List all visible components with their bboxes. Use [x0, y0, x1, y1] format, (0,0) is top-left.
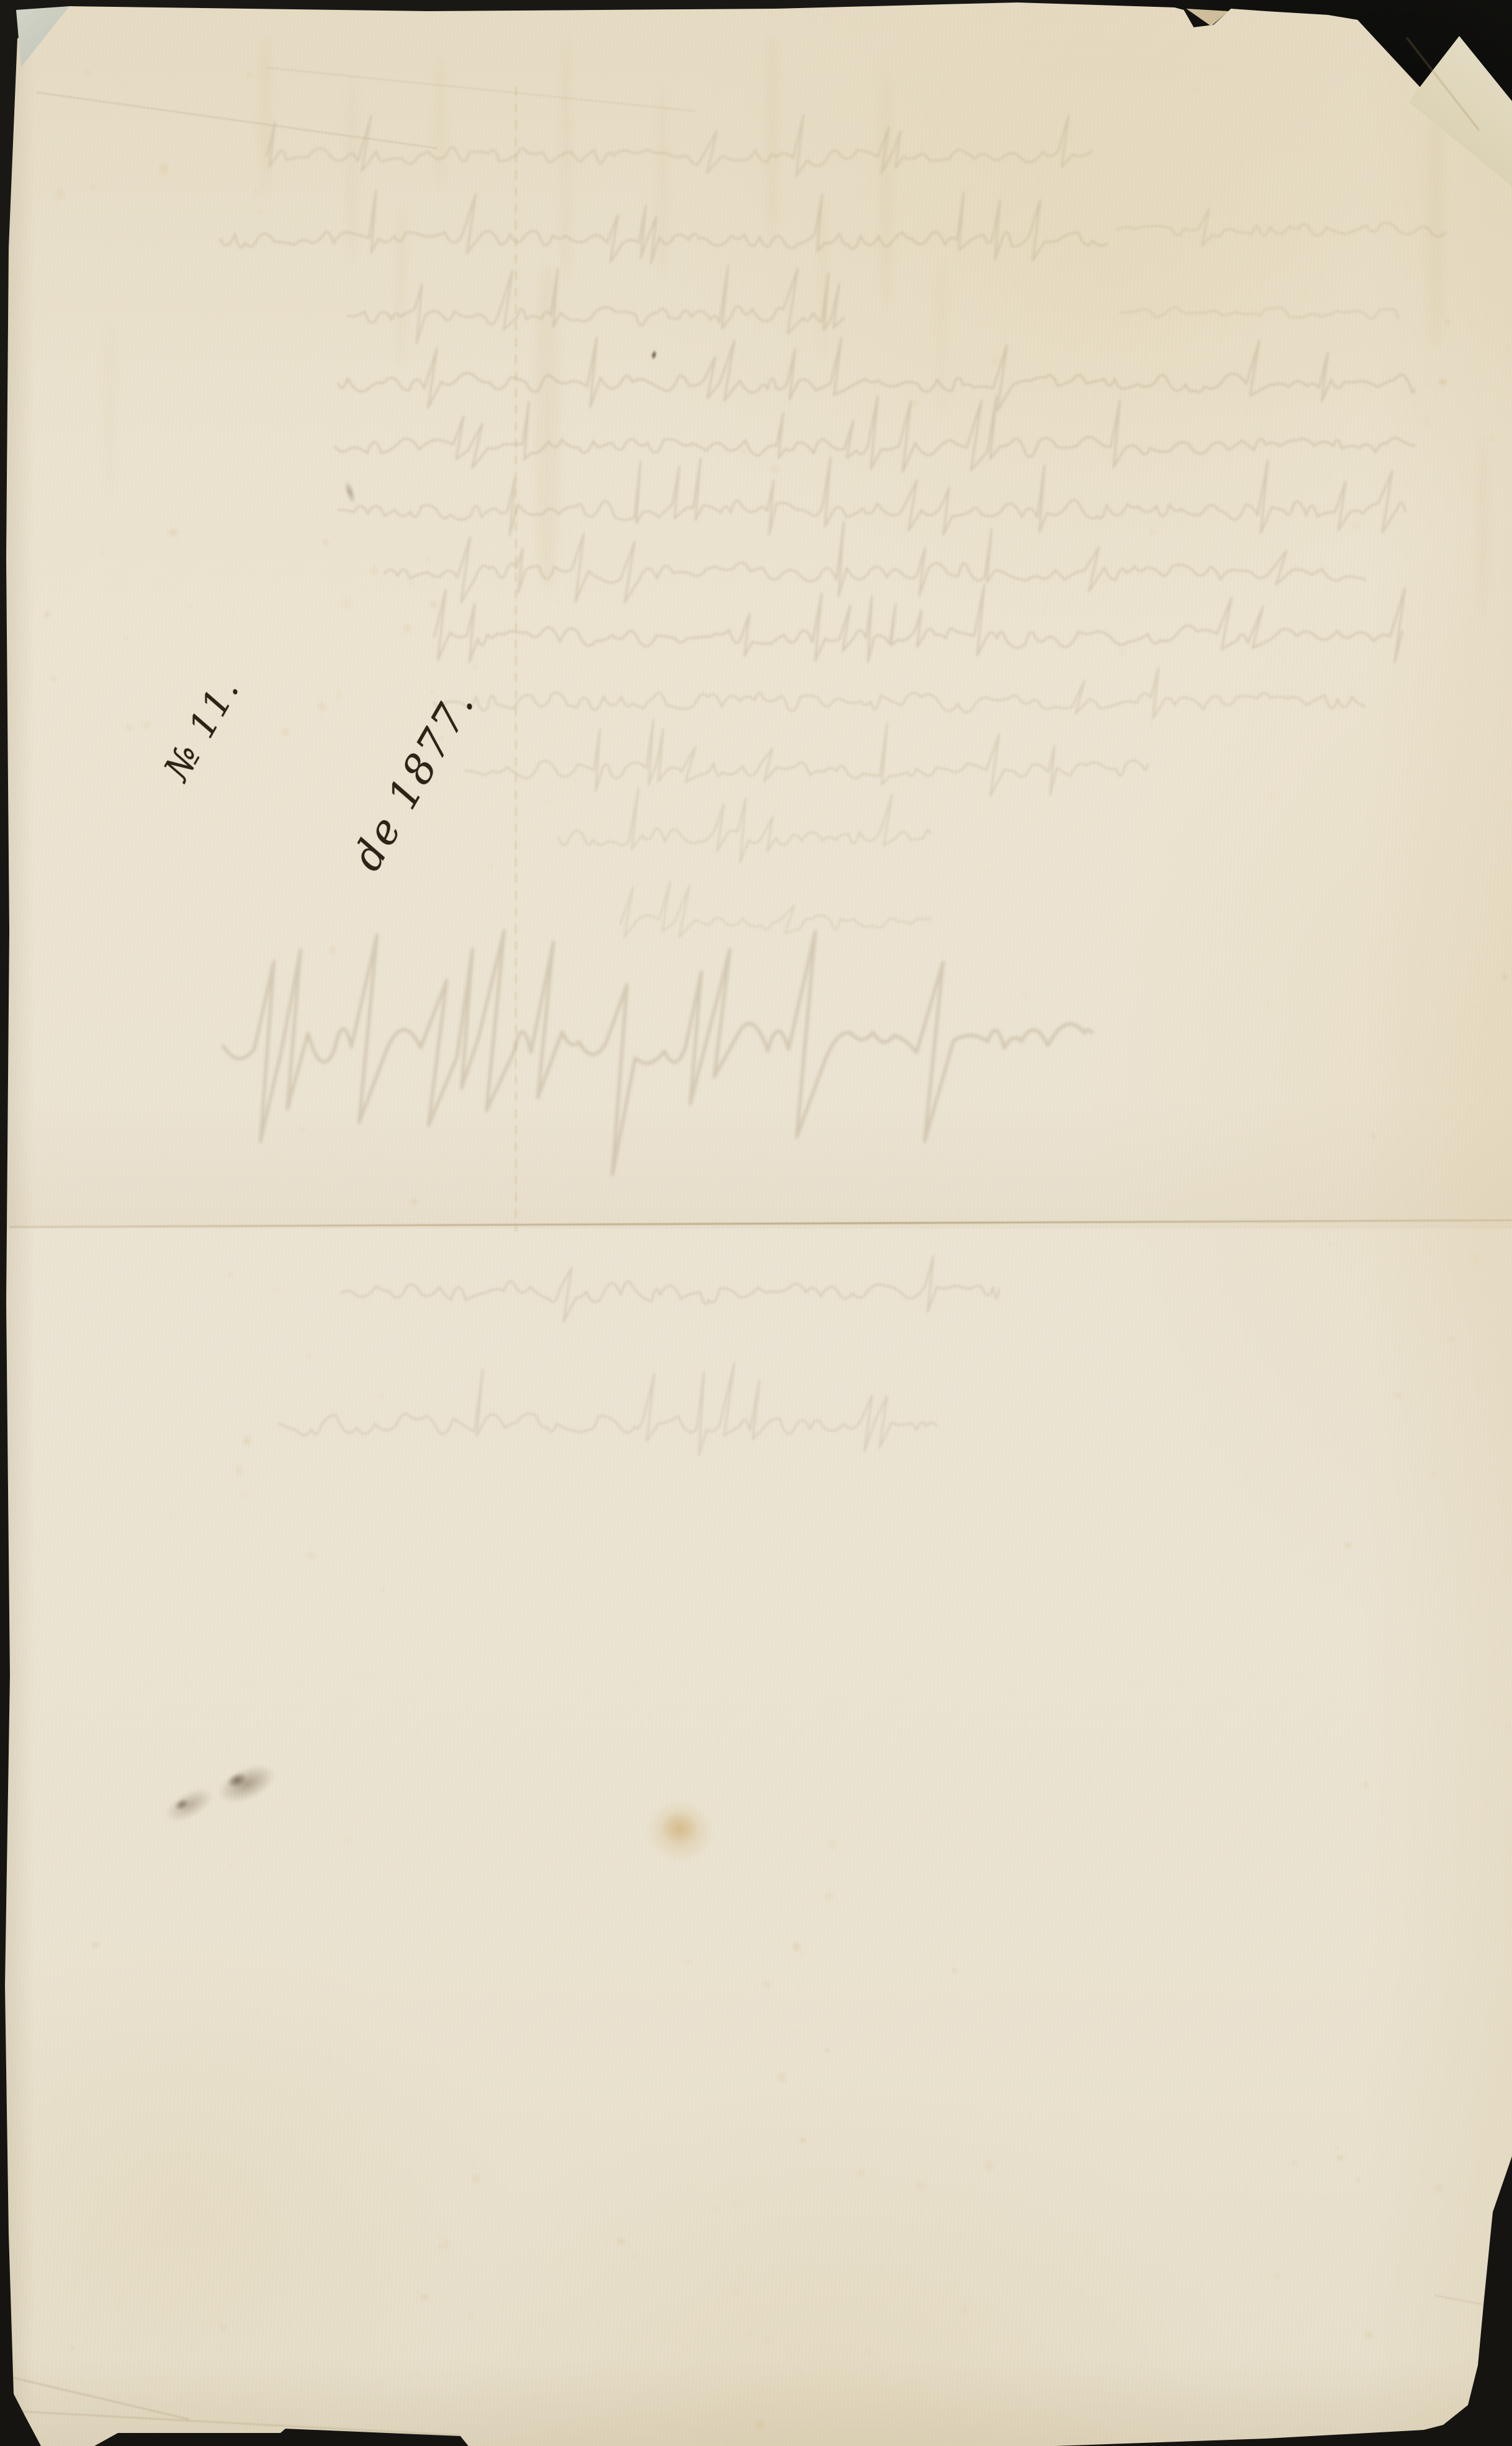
fox-spot	[155, 158, 172, 180]
fox-spot	[122, 86, 127, 89]
fox-spot	[987, 352, 1003, 369]
fox-spot	[759, 2331, 776, 2347]
fox-spot	[826, 1837, 839, 1853]
fox-spot	[273, 1284, 282, 1293]
bleedthrough-line	[1120, 287, 1399, 330]
bleedthrough-line	[465, 733, 1148, 795]
minor-crease	[37, 92, 437, 149]
fox-spot	[437, 734, 446, 741]
fox-spot	[89, 1940, 102, 1950]
ink-offset-streak	[347, 74, 356, 261]
vertical-fold-crease	[515, 87, 517, 1232]
fox-spot	[42, 609, 53, 620]
fox-spot	[1354, 2176, 1362, 2183]
fox-spot	[429, 688, 436, 695]
fox-spot	[1361, 1779, 1371, 1791]
fox-spot	[949, 1966, 960, 1975]
fox-spot	[556, 598, 562, 604]
bleedthrough-line	[279, 1381, 937, 1452]
smudge-core-2	[171, 1794, 193, 1814]
fox-spot	[879, 2278, 882, 2281]
fox-spot	[377, 1391, 388, 1400]
minor-crease	[1434, 2295, 1512, 2311]
fox-spot	[437, 2234, 441, 2239]
fox-spot	[1432, 2181, 1446, 2195]
fox-spot	[958, 2302, 970, 2318]
fox-spot	[1467, 1248, 1484, 1270]
fox-spot	[448, 2365, 450, 2368]
fox-spot	[257, 208, 264, 217]
minor-crease	[267, 67, 695, 112]
fox-spot	[437, 2235, 454, 2255]
fox-spot	[1047, 1783, 1052, 1789]
fox-spot	[405, 580, 417, 588]
fox-spot	[1427, 1469, 1440, 1480]
ink-offset-streak	[819, 199, 826, 360]
fox-spot	[226, 1271, 236, 1279]
fox-spot	[544, 800, 549, 804]
ink-offset-streak	[658, 87, 668, 273]
smudge-core-1	[222, 1768, 251, 1793]
fox-spot	[1116, 646, 1127, 660]
fox-spot	[740, 447, 746, 455]
fox-spot	[712, 2205, 723, 2213]
paper-tone-right-edge	[1363, 0, 1512, 2446]
fox-spot	[1419, 411, 1436, 431]
ink-fleck	[649, 348, 659, 362]
ink-offset-streak	[261, 37, 271, 199]
bleedthrough-line	[341, 1250, 999, 1322]
fox-spot	[1499, 970, 1510, 983]
fox-spot	[87, 182, 99, 192]
fox-spot	[1194, 86, 1201, 94]
archival-year-notation: de 1877.	[342, 681, 484, 878]
fox-spot	[746, 2331, 753, 2337]
fox-spot	[377, 2380, 383, 2387]
fox-spot	[1148, 702, 1160, 712]
ink-offset-streak	[105, 323, 114, 496]
fox-spot	[381, 1587, 386, 1593]
finger-smudge-1	[207, 1752, 287, 1816]
fox-spot	[468, 2171, 484, 2187]
fox-spot	[244, 71, 256, 78]
fox-spot	[1500, 1720, 1512, 1733]
document-scan: № 11. de 1877.	[0, 0, 1512, 2446]
fox-spot	[215, 2321, 230, 2334]
fox-spot	[910, 397, 919, 410]
fox-spot	[1020, 990, 1028, 999]
ink-offset-streak	[535, 267, 560, 589]
fox-spot	[1348, 519, 1365, 534]
fox-spot	[1052, 2165, 1054, 2167]
fox-spot	[798, 2135, 808, 2146]
fox-spot	[1471, 350, 1474, 352]
fox-spot	[368, 563, 381, 579]
fox-spot	[1335, 2147, 1340, 2151]
fox-spot	[165, 526, 182, 539]
fox-spot	[1326, 1241, 1333, 1247]
bleedthrough-line	[267, 124, 1092, 177]
fox-spot	[1442, 315, 1453, 328]
fox-spot	[1274, 2272, 1282, 2280]
fox-spot	[52, 185, 68, 203]
fox-spot	[865, 2347, 873, 2356]
paper-tone-above-fold	[0, 1098, 1512, 1229]
fox-spot	[1362, 2329, 1376, 2342]
fox-spot	[760, 1978, 773, 1991]
fox-spot	[250, 185, 262, 197]
fox-spot	[767, 462, 782, 478]
fox-spot	[630, 2253, 639, 2262]
ink-bleed-spot	[341, 477, 359, 508]
bleedthrough-line	[385, 536, 1365, 598]
horizontal-fold-crease	[10, 1219, 1512, 1228]
fox-spot	[189, 605, 193, 608]
fox-spot	[342, 1834, 356, 1844]
ink-offset-streak	[561, 37, 570, 285]
fox-spot	[168, 1515, 173, 1519]
paper-tone-left-edge	[0, 0, 35, 2446]
fox-spot	[1421, 378, 1434, 388]
ink-offset-streak	[766, 37, 777, 242]
fox-spot	[673, 2336, 675, 2339]
ink-offset-streak	[881, 74, 891, 310]
fox-spot	[1341, 1539, 1355, 1552]
fox-spot	[981, 2156, 998, 2175]
fox-spot	[794, 2026, 804, 2034]
paper-sheet: № 11. de 1877.	[0, 0, 1512, 2446]
fox-spot	[1333, 2153, 1346, 2163]
fox-spot	[969, 2263, 973, 2266]
fox-spot	[121, 634, 133, 643]
paper-tone-bottom-edge	[0, 2359, 1512, 2446]
fox-spot	[1445, 1333, 1457, 1345]
fox-spot	[614, 2236, 628, 2247]
fox-spot	[1391, 1389, 1405, 1401]
bleedthrough-line	[335, 410, 1415, 472]
tan-stain-blob	[635, 1790, 724, 1873]
fox-spot	[1268, 791, 1279, 800]
fox-spot	[1147, 526, 1157, 537]
fox-spot	[302, 1548, 320, 1563]
fox-spot	[1319, 2194, 1331, 2205]
fox-spot	[730, 2197, 741, 2210]
fox-spot	[681, 1957, 694, 1968]
fox-spot	[48, 674, 60, 683]
fox-spot	[304, 1351, 314, 1361]
fox-spot	[954, 2213, 957, 2216]
fox-spot	[1431, 1027, 1436, 1033]
ink-offset-streak	[397, 205, 405, 366]
fox-spot	[823, 2047, 831, 2054]
fox-spot	[123, 722, 136, 734]
fox-spot	[1446, 1109, 1454, 1118]
fox-spot	[1369, 1130, 1378, 1142]
fox-spot	[1362, 2122, 1365, 2124]
fox-spot	[315, 697, 329, 715]
fox-spot	[465, 2311, 476, 2324]
fox-spot	[790, 1938, 803, 1955]
paper-tone-top	[0, 0, 1512, 447]
fox-spot	[231, 1461, 246, 1479]
fox-spot	[1451, 974, 1453, 976]
fox-spot	[240, 1433, 254, 1448]
fox-spot	[437, 2242, 444, 2251]
bleedthrough-line	[1117, 202, 1446, 248]
bleedthrough-line	[620, 892, 931, 945]
fox-spot	[87, 627, 91, 631]
fox-spot	[426, 598, 441, 611]
fox-spot	[139, 719, 154, 732]
bleedthrough-line	[558, 802, 931, 861]
bleedthrough-line	[338, 346, 1415, 408]
fox-spot	[408, 1196, 421, 1207]
fox-spot	[228, 817, 231, 820]
fox-spot	[986, 869, 989, 872]
fox-spot	[326, 943, 339, 957]
ink-offset-streak	[1477, 434, 1489, 620]
fox-spot	[298, 1126, 307, 1134]
fox-spot	[821, 1891, 836, 1902]
bleedthrough-line	[434, 665, 1365, 727]
fox-spot	[1474, 1003, 1483, 1010]
fox-spot	[590, 1877, 593, 1880]
fox-spot	[418, 2291, 431, 2303]
fox-spot	[800, 1951, 805, 1958]
minor-crease	[5, 2410, 460, 2436]
fox-spot	[278, 725, 293, 738]
fox-spot	[1148, 720, 1155, 730]
fox-spot	[240, 1490, 248, 1499]
fox-spot	[320, 535, 331, 549]
fox-spot	[425, 555, 432, 563]
fox-spot	[855, 2166, 867, 2180]
fox-spot	[339, 593, 355, 614]
fox-spot	[1487, 434, 1496, 444]
fox-spot	[1398, 1413, 1413, 1427]
fox-spot	[99, 549, 107, 557]
bleedthrough-line	[220, 202, 1107, 264]
bleedthrough-line	[347, 280, 844, 339]
fox-spot	[161, 672, 165, 677]
ink-offset-streak	[937, 261, 944, 410]
fox-spot	[1288, 1287, 1292, 1291]
fox-spot	[472, 665, 477, 670]
fox-spot	[367, 726, 370, 728]
fox-spot	[1289, 2158, 1299, 2167]
tan-stain-core	[658, 1809, 701, 1846]
fox-spot	[82, 67, 92, 77]
fox-spot	[1367, 347, 1375, 352]
bleedthrough-line	[223, 959, 1092, 1104]
fox-spot	[234, 1331, 237, 1333]
fox-spot	[913, 2177, 928, 2195]
fox-spot	[726, 2285, 743, 2300]
fox-spot	[69, 2346, 76, 2351]
fox-spot	[331, 686, 347, 705]
fox-spot	[1502, 343, 1512, 351]
fox-spot	[401, 620, 414, 636]
fox-spot	[228, 1860, 235, 1869]
ink-offset-streak	[434, 56, 445, 192]
minor-crease	[0, 2374, 189, 2420]
fox-spot	[485, 859, 499, 874]
fox-spot	[1266, 1002, 1270, 1007]
bleedthrough-line	[338, 473, 1405, 535]
fox-spot	[1435, 376, 1451, 388]
bleedthrough-line	[434, 599, 1402, 661]
finger-smudge-2	[155, 1777, 224, 1832]
archival-number-notation: № 11.	[156, 670, 248, 787]
fox-spot	[753, 2417, 768, 2433]
ink-offset-streak	[1427, 112, 1443, 347]
fox-spot	[774, 2067, 790, 2087]
